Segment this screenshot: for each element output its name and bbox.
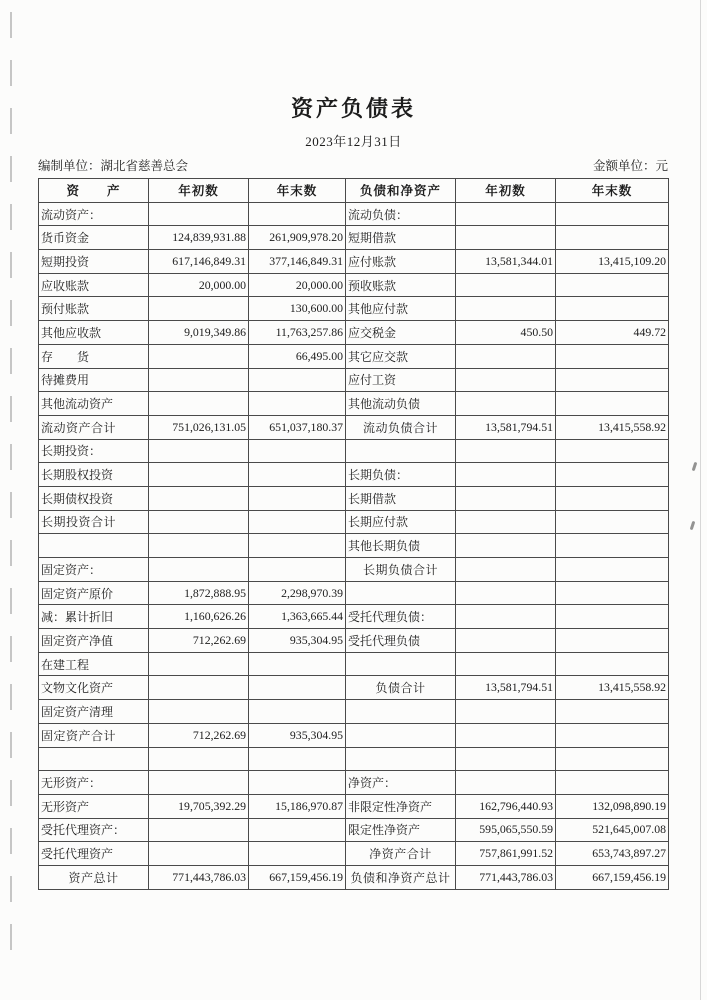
asset-end-year-cell: 935,304.95 [249, 723, 346, 747]
liability-end-year-cell [556, 439, 669, 463]
asset-begin-year-cell [149, 534, 249, 558]
liability-end-year-cell [556, 558, 669, 582]
asset-label-cell: 资产总计 [39, 865, 149, 889]
liability-begin-year-cell [456, 439, 556, 463]
liability-begin-year-cell: 13,581,794.51 [456, 676, 556, 700]
liability-end-year-cell: 667,159,456.19 [556, 865, 669, 889]
asset-label-cell: 短期投资 [39, 250, 149, 274]
asset-end-year-cell: 261,909,978.20 [249, 226, 346, 250]
liability-begin-year-cell [456, 771, 556, 795]
table-row: 减：累计折旧1,160,626.261,363,665.44受托代理负债： [39, 605, 669, 629]
asset-label-cell: 长期投资： [39, 439, 149, 463]
liability-begin-year-cell [456, 463, 556, 487]
asset-label-cell: 货币资金 [39, 226, 149, 250]
asset-begin-year-cell [149, 842, 249, 866]
asset-label-cell: 存 货 [39, 344, 149, 368]
asset-begin-year-cell [149, 747, 249, 771]
asset-begin-year-cell: 1,872,888.95 [149, 581, 249, 605]
asset-end-year-cell: 130,600.00 [249, 297, 346, 321]
table-row: 长期投资： [39, 439, 669, 463]
col-header-begin-year-2: 年初数 [456, 179, 556, 203]
asset-end-year-cell [249, 652, 346, 676]
liability-begin-year-cell [456, 747, 556, 771]
liability-label-cell: 负债和净资产总计 [346, 865, 456, 889]
liability-begin-year-cell [456, 273, 556, 297]
table-row: 长期股权投资长期负债： [39, 463, 669, 487]
liability-end-year-cell [556, 534, 669, 558]
prepared-by-label: 编制单位：湖北省慈善总会 [38, 156, 188, 174]
asset-label-cell: 流动资产合计 [39, 415, 149, 439]
table-row: 其他应收款9,019,349.8611,763,257.86应交税金450.50… [39, 321, 669, 345]
liability-begin-year-cell [456, 510, 556, 534]
asset-end-year-cell [249, 558, 346, 582]
liability-end-year-cell [556, 605, 669, 629]
asset-label-cell: 固定资产原价 [39, 581, 149, 605]
asset-end-year-cell [249, 676, 346, 700]
table-row: 固定资产合计712,262.69935,304.95 [39, 723, 669, 747]
asset-end-year-cell: 935,304.95 [249, 629, 346, 653]
liability-label-cell: 长期负债合计 [346, 558, 456, 582]
asset-label-cell: 无形资产 [39, 794, 149, 818]
asset-begin-year-cell: 19,705,392.29 [149, 794, 249, 818]
liability-label-cell: 长期负债： [346, 463, 456, 487]
col-header-end-year-2: 年末数 [556, 179, 669, 203]
asset-end-year-cell [249, 842, 346, 866]
asset-end-year-cell [249, 392, 346, 416]
asset-end-year-cell: 11,763,257.86 [249, 321, 346, 345]
asset-label-cell: 固定资产清理 [39, 700, 149, 724]
liability-begin-year-cell [456, 344, 556, 368]
liability-label-cell: 短期借款 [346, 226, 456, 250]
asset-label-cell [39, 534, 149, 558]
table-row: 固定资产：长期负债合计 [39, 558, 669, 582]
col-header-end-year: 年末数 [249, 179, 346, 203]
liability-label-cell: 非限定性净资产 [346, 794, 456, 818]
page-title: 资产负债表 [0, 92, 707, 123]
asset-label-cell: 无形资产： [39, 771, 149, 795]
liability-begin-year-cell [456, 392, 556, 416]
col-header-begin-year: 年初数 [149, 179, 249, 203]
asset-begin-year-cell [149, 652, 249, 676]
liability-end-year-cell: 132,098,890.19 [556, 794, 669, 818]
liability-begin-year-cell: 450.50 [456, 321, 556, 345]
asset-label-cell: 流动资产： [39, 202, 149, 226]
liability-label-cell: 受托代理负债 [346, 629, 456, 653]
asset-label-cell: 受托代理资产 [39, 842, 149, 866]
asset-label-cell: 应收账款 [39, 273, 149, 297]
asset-end-year-cell: 66,495.00 [249, 344, 346, 368]
asset-label-cell: 预付账款 [39, 297, 149, 321]
asset-end-year-cell: 377,146,849.31 [249, 250, 346, 274]
liability-label-cell: 预收账款 [346, 273, 456, 297]
table-row: 无形资产19,705,392.2915,186,970.87非限定性净资产162… [39, 794, 669, 818]
asset-end-year-cell [249, 700, 346, 724]
asset-begin-year-cell [149, 818, 249, 842]
liability-begin-year-cell: 757,861,991.52 [456, 842, 556, 866]
liability-end-year-cell [556, 463, 669, 487]
table-row: 在建工程 [39, 652, 669, 676]
scan-artifact-right-edge [700, 0, 701, 1000]
asset-label-cell: 受托代理资产： [39, 818, 149, 842]
table-row: 长期债权投资长期借款 [39, 486, 669, 510]
liability-end-year-cell: 13,415,109.20 [556, 250, 669, 274]
liability-label-cell: 其它应交款 [346, 344, 456, 368]
liability-end-year-cell [556, 581, 669, 605]
asset-end-year-cell: 651,037,180.37 [249, 415, 346, 439]
asset-end-year-cell: 667,159,456.19 [249, 865, 346, 889]
asset-begin-year-cell [149, 344, 249, 368]
asset-label-cell: 长期债权投资 [39, 486, 149, 510]
liability-label-cell [346, 581, 456, 605]
liability-begin-year-cell [456, 723, 556, 747]
asset-label-cell [39, 747, 149, 771]
asset-end-year-cell: 15,186,970.87 [249, 794, 346, 818]
liability-label-cell [346, 652, 456, 676]
liability-begin-year-cell [456, 629, 556, 653]
liability-begin-year-cell: 13,581,794.51 [456, 415, 556, 439]
liability-begin-year-cell [456, 605, 556, 629]
asset-label-cell: 长期股权投资 [39, 463, 149, 487]
col-header-assets: 资 产 [39, 179, 149, 203]
liability-end-year-cell [556, 486, 669, 510]
balance-table: 资 产 年初数 年末数 负债和净资产 年初数 年末数 流动资产：流动负债：货币资… [38, 178, 669, 890]
table-row: 受托代理资产净资产合计757,861,991.52653,743,897.27 [39, 842, 669, 866]
scan-artifact-smudge [692, 462, 698, 471]
liability-end-year-cell [556, 771, 669, 795]
table-row: 受托代理资产：限定性净资产595,065,550.59521,645,007.0… [39, 818, 669, 842]
liability-label-cell: 其他长期负债 [346, 534, 456, 558]
asset-begin-year-cell [149, 510, 249, 534]
table-row: 短期投资617,146,849.31377,146,849.31应付账款13,5… [39, 250, 669, 274]
table-row: 固定资产清理 [39, 700, 669, 724]
liability-begin-year-cell [456, 652, 556, 676]
liability-label-cell: 长期借款 [346, 486, 456, 510]
liability-end-year-cell [556, 700, 669, 724]
liability-end-year-cell [556, 297, 669, 321]
col-header-liabilities-net-assets: 负债和净资产 [346, 179, 456, 203]
liability-end-year-cell [556, 629, 669, 653]
liability-end-year-cell: 13,415,558.92 [556, 676, 669, 700]
liability-label-cell: 流动负债： [346, 202, 456, 226]
liability-end-year-cell [556, 723, 669, 747]
asset-label-cell: 固定资产： [39, 558, 149, 582]
asset-label-cell: 固定资产净值 [39, 629, 149, 653]
asset-end-year-cell [249, 534, 346, 558]
liability-end-year-cell: 449.72 [556, 321, 669, 345]
report-date: 2023年12月31日 [0, 131, 707, 150]
liability-begin-year-cell [456, 558, 556, 582]
asset-label-cell: 减：累计折旧 [39, 605, 149, 629]
table-row: 应收账款20,000.0020,000.00预收账款 [39, 273, 669, 297]
asset-begin-year-cell: 712,262.69 [149, 629, 249, 653]
asset-begin-year-cell [149, 392, 249, 416]
liability-end-year-cell: 521,645,007.08 [556, 818, 669, 842]
table-row: 待摊费用应付工资 [39, 368, 669, 392]
info-line: 编制单位：湖北省慈善总会 金额单位：元 [38, 156, 668, 174]
table-row: 其他长期负债 [39, 534, 669, 558]
asset-end-year-cell: 2,298,970.39 [249, 581, 346, 605]
liability-begin-year-cell: 595,065,550.59 [456, 818, 556, 842]
liability-begin-year-cell [456, 297, 556, 321]
asset-end-year-cell [249, 771, 346, 795]
asset-begin-year-cell: 124,839,931.88 [149, 226, 249, 250]
liability-label-cell: 流动负债合计 [346, 415, 456, 439]
table-row: 文物文化资产负债合计13,581,794.5113,415,558.92 [39, 676, 669, 700]
liability-end-year-cell [556, 652, 669, 676]
liability-end-year-cell [556, 368, 669, 392]
table-row: 流动资产：流动负债： [39, 202, 669, 226]
liability-label-cell: 净资产： [346, 771, 456, 795]
liability-begin-year-cell: 13,581,344.01 [456, 250, 556, 274]
liability-label-cell: 应交税金 [346, 321, 456, 345]
asset-begin-year-cell [149, 439, 249, 463]
asset-label-cell: 其他流动资产 [39, 392, 149, 416]
asset-end-year-cell: 20,000.00 [249, 273, 346, 297]
liability-begin-year-cell [456, 581, 556, 605]
asset-end-year-cell [249, 368, 346, 392]
liability-label-cell: 限定性净资产 [346, 818, 456, 842]
asset-label-cell: 文物文化资产 [39, 676, 149, 700]
asset-begin-year-cell: 1,160,626.26 [149, 605, 249, 629]
liability-begin-year-cell [456, 534, 556, 558]
table-row: 流动资产合计751,026,131.05651,037,180.37流动负债合计… [39, 415, 669, 439]
liability-label-cell: 净资产合计 [346, 842, 456, 866]
asset-begin-year-cell: 771,443,786.03 [149, 865, 249, 889]
asset-end-year-cell [249, 463, 346, 487]
liability-end-year-cell [556, 226, 669, 250]
asset-label-cell: 在建工程 [39, 652, 149, 676]
liability-end-year-cell: 653,743,897.27 [556, 842, 669, 866]
liability-label-cell: 负债合计 [346, 676, 456, 700]
liability-label-cell: 长期应付款 [346, 510, 456, 534]
asset-begin-year-cell: 751,026,131.05 [149, 415, 249, 439]
liability-begin-year-cell [456, 226, 556, 250]
asset-end-year-cell [249, 510, 346, 534]
asset-begin-year-cell: 20,000.00 [149, 273, 249, 297]
asset-begin-year-cell: 712,262.69 [149, 723, 249, 747]
table-row: 其他流动资产其他流动负债 [39, 392, 669, 416]
asset-begin-year-cell: 617,146,849.31 [149, 250, 249, 274]
table-row: 存 货66,495.00其它应交款 [39, 344, 669, 368]
liability-label-cell [346, 723, 456, 747]
liability-end-year-cell [556, 510, 669, 534]
table-row: 资产总计771,443,786.03667,159,456.19负债和净资产总计… [39, 865, 669, 889]
asset-label-cell: 其他应收款 [39, 321, 149, 345]
liability-label-cell [346, 700, 456, 724]
liability-begin-year-cell [456, 486, 556, 510]
asset-label-cell: 长期投资合计 [39, 510, 149, 534]
liability-label-cell: 其他流动负债 [346, 392, 456, 416]
asset-begin-year-cell [149, 771, 249, 795]
asset-begin-year-cell: 9,019,349.86 [149, 321, 249, 345]
asset-begin-year-cell [149, 202, 249, 226]
table-row: 固定资产净值712,262.69935,304.95受托代理负债 [39, 629, 669, 653]
asset-begin-year-cell [149, 297, 249, 321]
scan-artifact-left-edge [10, 12, 12, 957]
liability-end-year-cell [556, 202, 669, 226]
liability-end-year-cell [556, 344, 669, 368]
asset-end-year-cell [249, 486, 346, 510]
table-row: 固定资产原价1,872,888.952,298,970.39 [39, 581, 669, 605]
asset-begin-year-cell [149, 368, 249, 392]
table-row: 货币资金124,839,931.88261,909,978.20短期借款 [39, 226, 669, 250]
balance-table-body: 流动资产：流动负债：货币资金124,839,931.88261,909,978.… [39, 202, 669, 889]
liability-begin-year-cell: 771,443,786.03 [456, 865, 556, 889]
liability-begin-year-cell [456, 700, 556, 724]
document-page: 资产负债表 2023年12月31日 编制单位：湖北省慈善总会 金额单位：元 资 … [0, 0, 707, 1000]
asset-end-year-cell [249, 818, 346, 842]
asset-label-cell: 待摊费用 [39, 368, 149, 392]
asset-begin-year-cell [149, 463, 249, 487]
table-row: 长期投资合计长期应付款 [39, 510, 669, 534]
scan-artifact-smudge [690, 521, 696, 530]
amount-unit-label: 金额单位：元 [593, 156, 668, 174]
asset-begin-year-cell [149, 676, 249, 700]
liability-end-year-cell [556, 747, 669, 771]
asset-end-year-cell [249, 202, 346, 226]
asset-label-cell: 固定资产合计 [39, 723, 149, 747]
liability-end-year-cell [556, 392, 669, 416]
asset-end-year-cell: 1,363,665.44 [249, 605, 346, 629]
liability-label-cell [346, 747, 456, 771]
asset-end-year-cell [249, 439, 346, 463]
liability-begin-year-cell [456, 202, 556, 226]
asset-begin-year-cell [149, 558, 249, 582]
liability-end-year-cell [556, 273, 669, 297]
liability-label-cell: 受托代理负债： [346, 605, 456, 629]
liability-begin-year-cell: 162,796,440.93 [456, 794, 556, 818]
table-row: 无形资产：净资产： [39, 771, 669, 795]
liability-begin-year-cell [456, 368, 556, 392]
liability-label-cell: 应付账款 [346, 250, 456, 274]
liability-label-cell: 其他应付款 [346, 297, 456, 321]
asset-begin-year-cell [149, 700, 249, 724]
table-row: 预付账款130,600.00其他应付款 [39, 297, 669, 321]
table-header-row: 资 产 年初数 年末数 负债和净资产 年初数 年末数 [39, 179, 669, 203]
asset-begin-year-cell [149, 486, 249, 510]
table-row [39, 747, 669, 771]
liability-label-cell [346, 439, 456, 463]
liability-end-year-cell: 13,415,558.92 [556, 415, 669, 439]
liability-label-cell: 应付工资 [346, 368, 456, 392]
asset-end-year-cell [249, 747, 346, 771]
